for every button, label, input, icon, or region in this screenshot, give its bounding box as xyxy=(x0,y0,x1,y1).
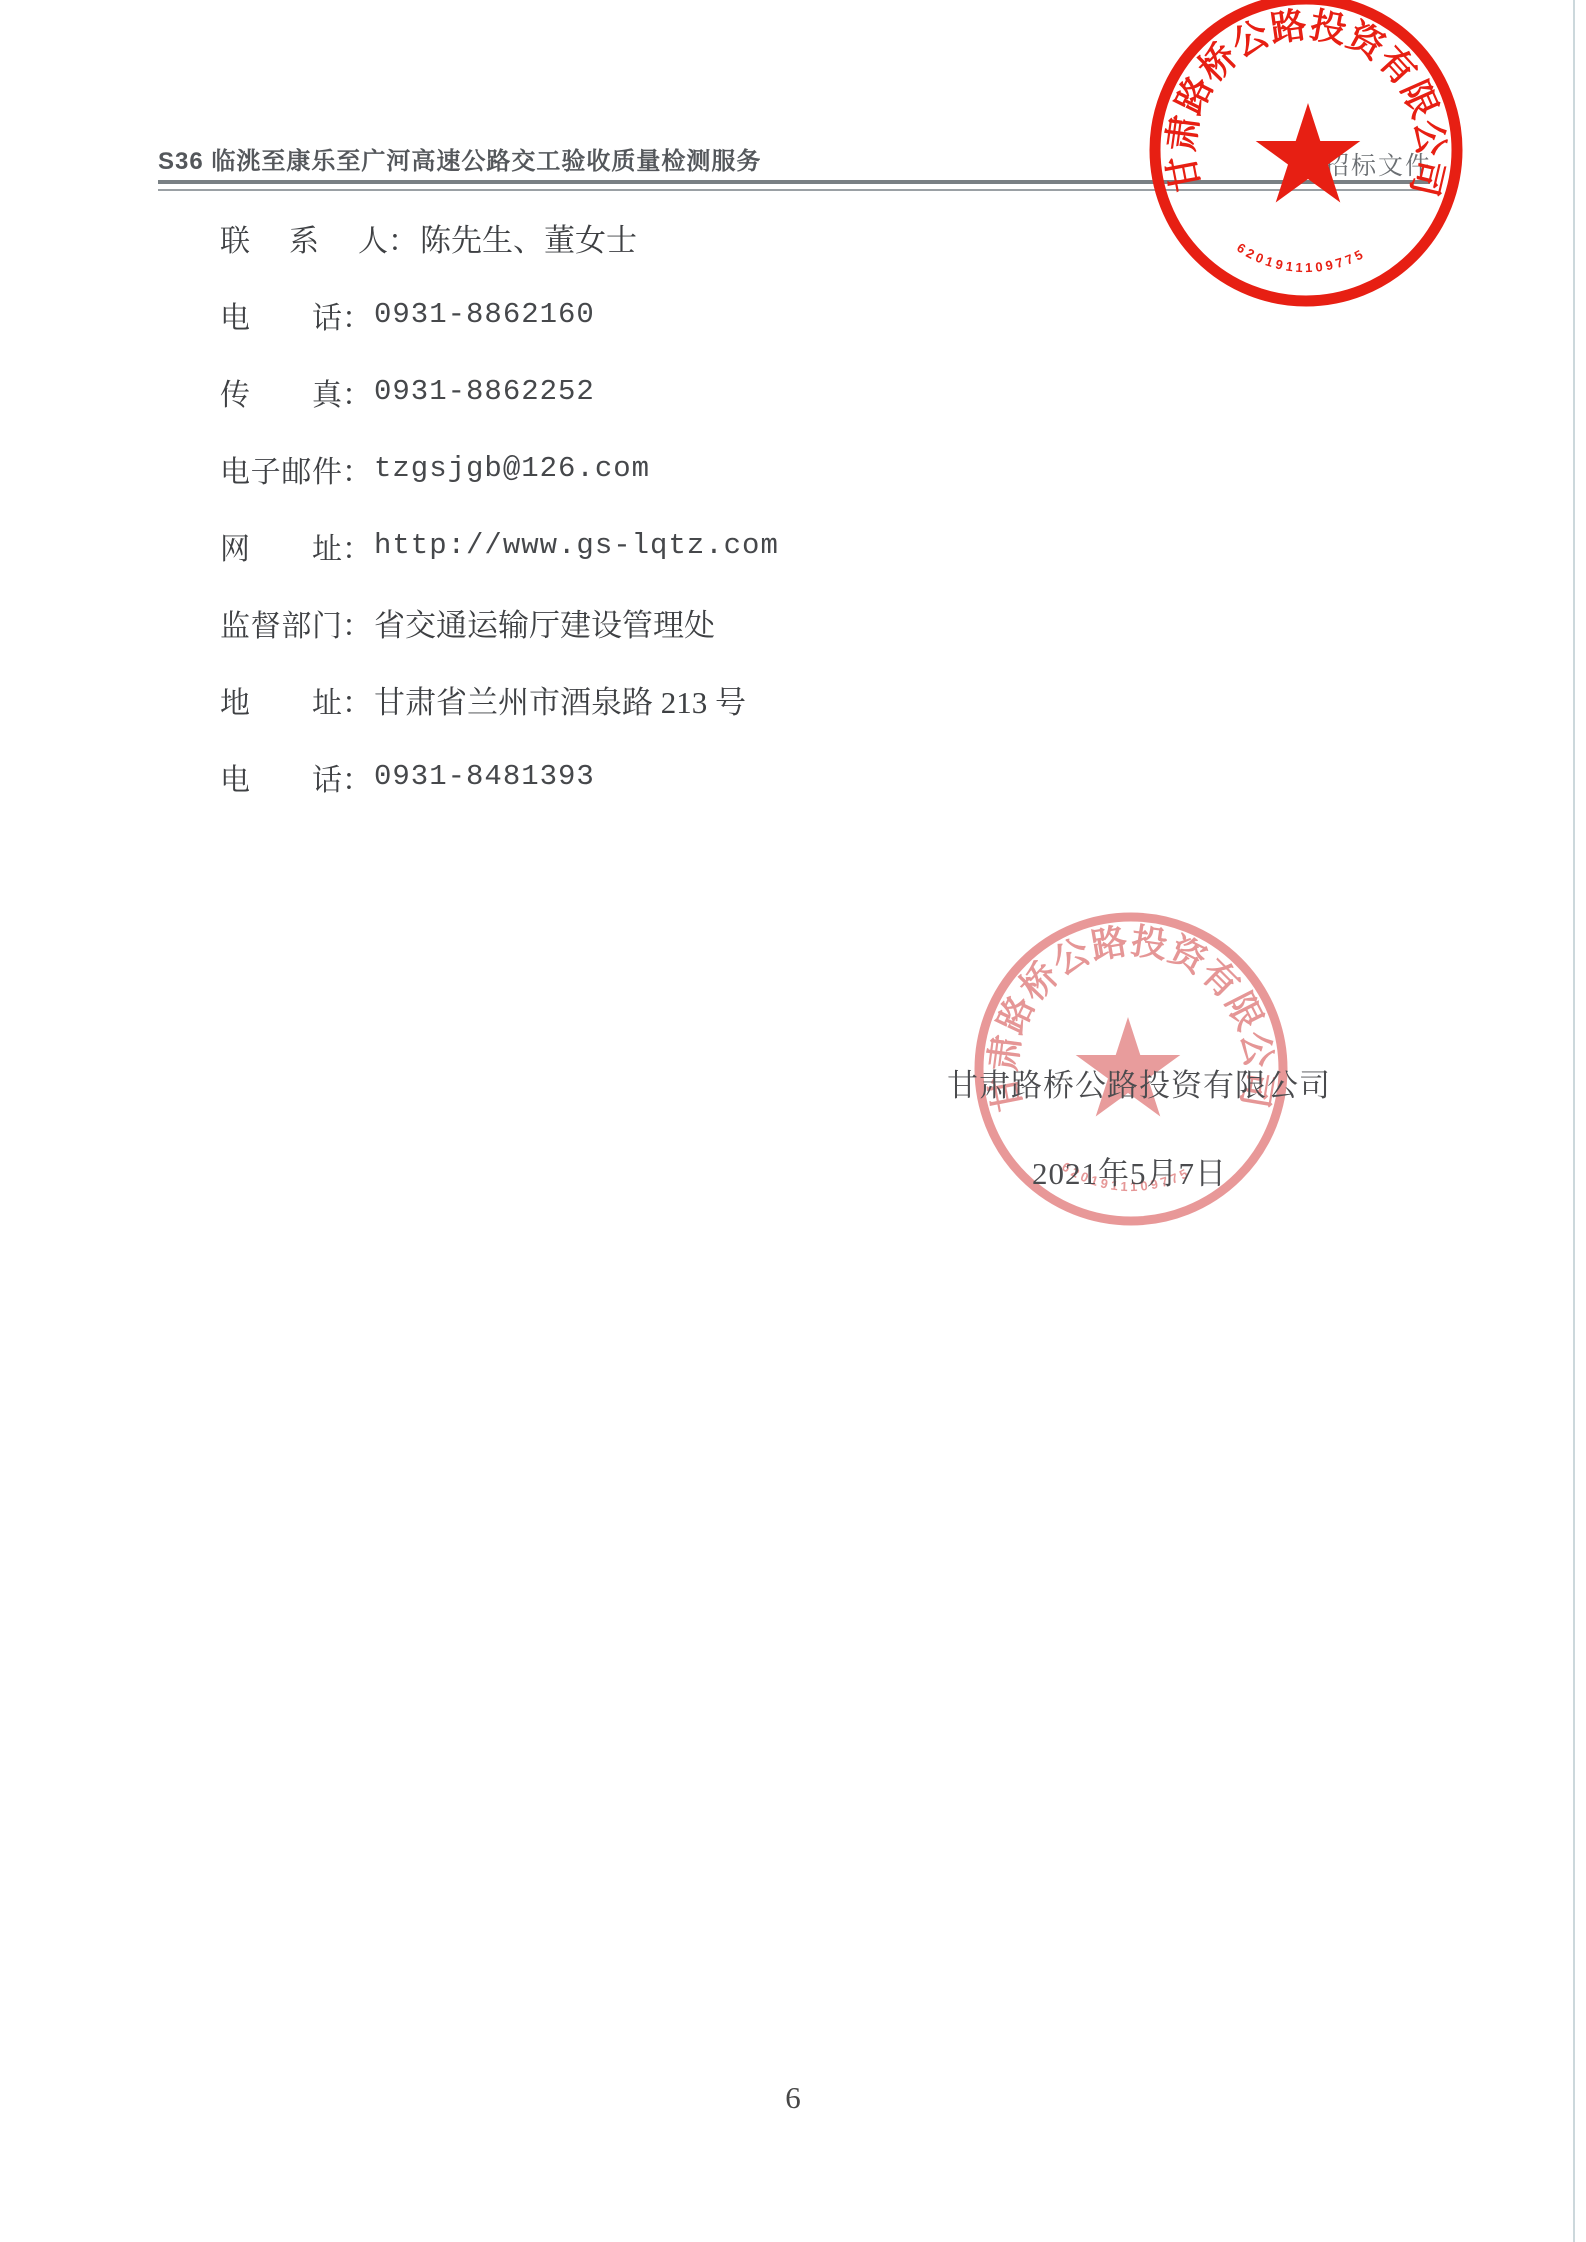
header-project-title: S36 临洮至康乐至广河高速公路交工验收质量检测服务 xyxy=(158,141,761,176)
contact-label: 电话 xyxy=(220,755,342,799)
contact-row-phone: 电话：0931-8862160 xyxy=(220,276,779,353)
contact-value: http://www.gs-lqtz.com xyxy=(374,529,779,562)
contact-label: 传真 xyxy=(220,370,342,414)
header-rule-thin xyxy=(158,189,1430,191)
contact-label: 电子邮件 xyxy=(220,447,342,491)
document-page: S36 临洮至康乐至广河高速公路交工验收质量检测服务 招标文件 联系人：陈先生、… xyxy=(0,0,1586,2242)
contact-row-supervisor: 监督部门：省交通运输厅建设管理处 xyxy=(220,584,779,661)
contact-colon: ： xyxy=(342,447,372,491)
contact-colon: ： xyxy=(342,678,372,722)
contact-colon: ： xyxy=(342,601,372,645)
contact-colon: ： xyxy=(388,216,418,260)
contact-value: 甘肃省兰州市酒泉路 213 号 xyxy=(374,677,746,722)
contact-colon: ： xyxy=(342,370,372,414)
contact-colon: ： xyxy=(342,755,372,799)
scan-edge-line xyxy=(1573,0,1575,2242)
contact-value: tzgsjgb@126.com xyxy=(374,452,650,485)
contact-label: 监督部门 xyxy=(220,601,342,645)
seal-serial-number: 6201911109775 xyxy=(1234,240,1368,275)
contact-row-fax: 传真：0931-8862252 xyxy=(220,353,779,430)
contact-colon: ： xyxy=(342,524,372,568)
header-rule-thick xyxy=(158,180,1430,184)
contact-label: 电话 xyxy=(220,293,342,337)
header-doc-label: 招标文件 xyxy=(1324,146,1432,182)
contact-label: 地址 xyxy=(220,678,342,722)
contact-row-website: 网址：http://www.gs-lqtz.com xyxy=(220,507,779,584)
contact-value: 0931-8862160 xyxy=(374,298,595,331)
contact-colon: ： xyxy=(342,293,372,337)
contact-value: 0931-8862252 xyxy=(374,375,595,408)
contact-label: 网址 xyxy=(220,524,342,568)
contact-row-address: 地址：甘肃省兰州市酒泉路 213 号 xyxy=(220,661,779,738)
contact-row-phone2: 电话：0931-8481393 xyxy=(220,738,779,815)
contact-info-block: 联系人：陈先生、董女士 电话：0931-8862160 传真：0931-8862… xyxy=(220,199,779,815)
contact-row-person: 联系人：陈先生、董女士 xyxy=(220,199,779,276)
page-number: 6 xyxy=(0,2080,1586,2116)
contact-row-email: 电子邮件：tzgsjgb@126.com xyxy=(220,430,779,507)
signature-company-name: 甘肃路桥公路投资有限公司 xyxy=(947,1060,1331,1105)
contact-label: 联系人 xyxy=(220,216,388,260)
svg-text:6201911109775: 6201911109775 xyxy=(1234,240,1368,275)
signature-date: 2021年5月7日 xyxy=(1032,1148,1227,1193)
contact-value: 陈先生、董女士 xyxy=(420,215,637,260)
contact-value: 0931-8481393 xyxy=(374,760,595,793)
contact-value: 省交通运输厅建设管理处 xyxy=(374,600,715,645)
